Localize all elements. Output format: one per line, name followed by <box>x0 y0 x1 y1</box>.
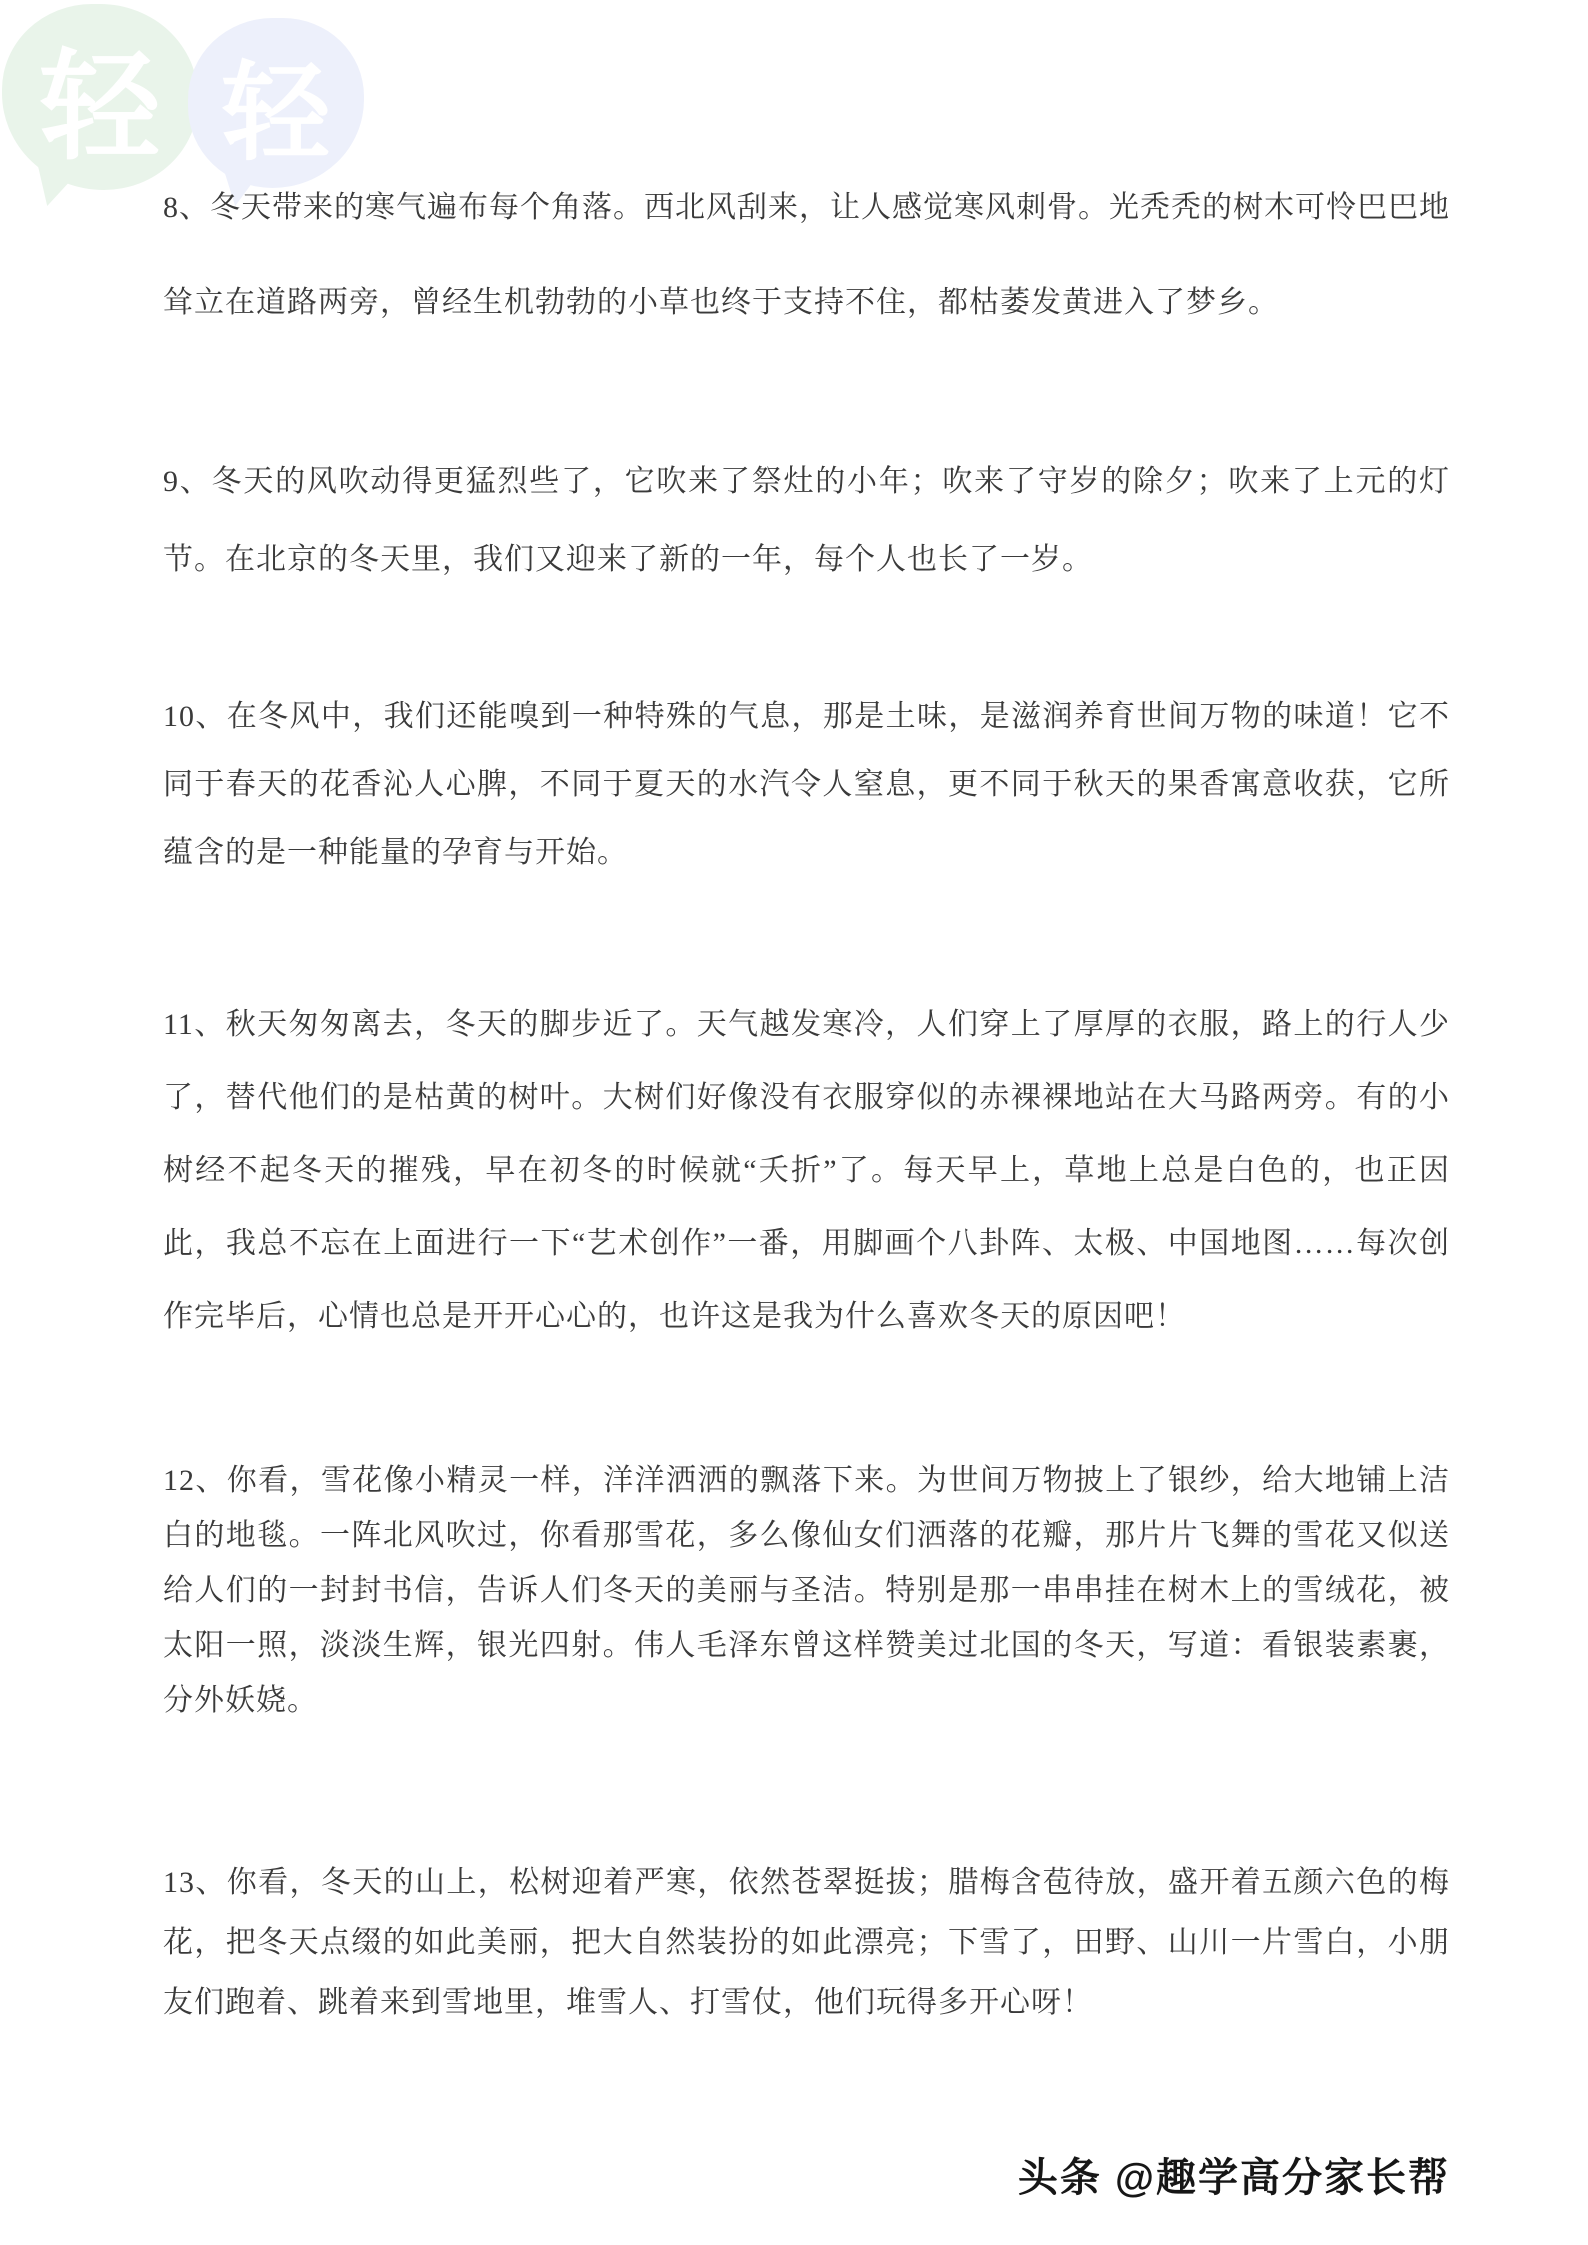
numbered-paragraph-11: 11、秋天匆匆离去，冬天的脚步近了。天气越发寒冷，人们穿上了厚厚的衣服，路上的行… <box>163 988 1450 1353</box>
numbered-paragraph-10: 10、在冬风中，我们还能嗅到一种特殊的气息，那是土味，是滋润养育世间万物的味道！… <box>163 683 1450 887</box>
document-body: 8、冬天带来的寒气遍布每个角落。西北风刮来，让人感觉寒风刺骨。光秃秃的树木可怜巴… <box>163 160 1450 2033</box>
watermark-char-blue: 轻 <box>222 26 330 181</box>
numbered-paragraph-12: 12、你看，雪花像小精灵一样，洋洋洒洒的飘落下来。为世间万物披上了银纱，给大地铺… <box>163 1453 1450 1728</box>
numbered-paragraph-8: 8、冬天带来的寒气遍布每个角落。西北风刮来，让人感觉寒风刺骨。光秃秃的树木可怜巴… <box>163 160 1450 350</box>
watermark-char-green: 轻 <box>40 11 160 183</box>
numbered-paragraph-13: 13、你看，冬天的山上，松树迎着严寒，依然苍翠挺拔；腊梅含苞待放，盛开着五颜六色… <box>163 1853 1450 2033</box>
numbered-paragraph-9: 9、冬天的风吹动得更猛烈些了，它吹来了祭灶的小年；吹来了守岁的除夕；吹来了上元的… <box>163 443 1450 599</box>
footer-byline: 头条 @趣学高分家长帮 <box>1018 2146 1450 2203</box>
document-page: { "page": { "background": "#ffffff", "te… <box>0 0 1588 2245</box>
